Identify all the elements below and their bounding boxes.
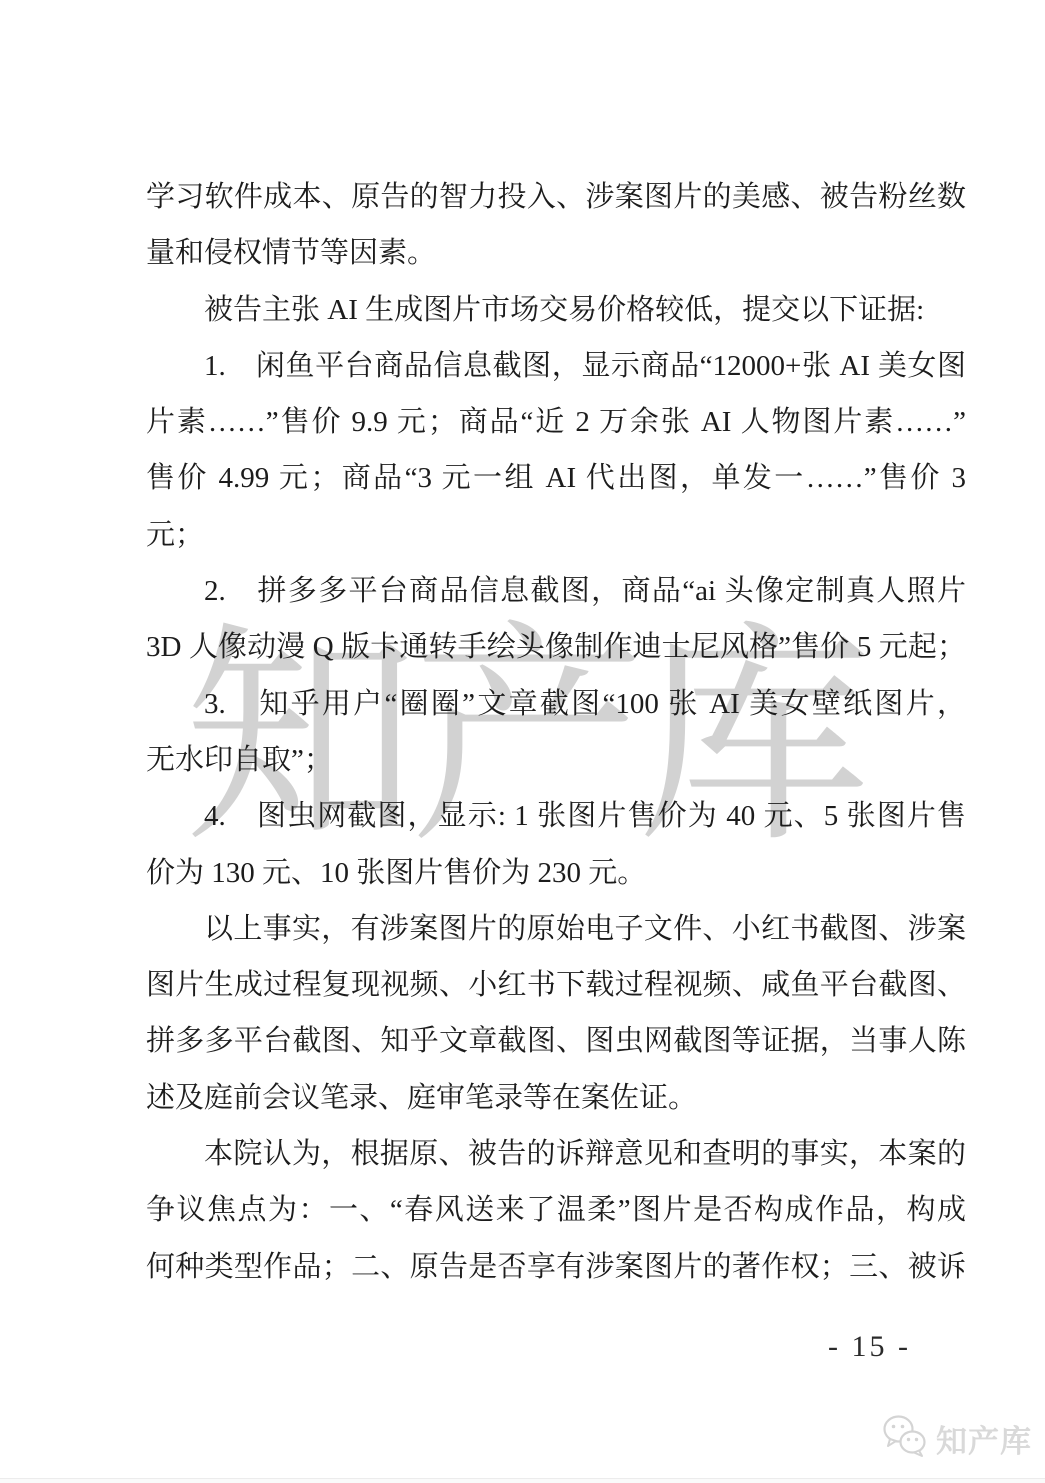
page-number: - 15 -	[828, 1330, 911, 1364]
text-line: 2. 拼多多平台商品信息截图，商品“ai 头像定制真人照片	[146, 563, 966, 619]
text-line: 本院认为，根据原、被告的诉辩意见和查明的事实，本案的	[146, 1126, 966, 1182]
text-line: 片素……”售价 9.9 元；商品“近 2 万余张 AI 人物图片素……”	[146, 394, 966, 450]
text-line: 被告主张 AI 生成图片市场交易价格较低，提交以下证据:	[146, 282, 966, 338]
text-line: 售价 4.99 元；商品“3 元一组 AI 代出图，单发一……”售价 3	[146, 450, 966, 506]
text-line: 学习软件成本、原告的智力投入、涉案图片的美感、被告粉丝数	[146, 169, 966, 225]
text-line: 1. 闲鱼平台商品信息截图，显示商品“12000+张 AI 美女图	[146, 338, 966, 394]
text-line: 3. 知乎用户“圈圈”文章截图“100 张 AI 美女壁纸图片，	[146, 676, 966, 732]
text-line: 以上事实，有涉案图片的原始电子文件、小红书截图、涉案	[146, 901, 966, 957]
text-line: 3D 人像动漫 Q 版卡通转手绘头像制作迪士尼风格”售价 5 元起；	[146, 619, 966, 675]
text-block: 学习软件成本、原告的智力投入、涉案图片的美感、被告粉丝数量和侵权情节等因素。被告…	[146, 169, 966, 1295]
text-line: 何种类型作品；二、原告是否享有涉案图片的著作权；三、被诉	[146, 1239, 966, 1295]
court-document-page: 知产库 学习软件成本、原告的智力投入、涉案图片的美感、被告粉丝数量和侵权情节等因…	[0, 0, 1045, 1483]
text-line: 述及庭前会议笔录、庭审笔录等在案佐证。	[146, 1070, 966, 1126]
text-line: 图片生成过程复现视频、小红书下载过程视频、咸鱼平台截图、	[146, 957, 966, 1013]
bottom-edge-strip	[0, 1478, 1045, 1483]
text-line: 元；	[146, 507, 966, 563]
text-line: 拼多多平台截图、知乎文章截图、图虫网截图等证据，当事人陈	[146, 1013, 966, 1069]
text-line: 争议焦点为：一、“春风送来了温柔”图片是否构成作品，构成	[146, 1182, 966, 1238]
text-line: 无水印自取”；	[146, 732, 966, 788]
text-line: 量和侵权情节等因素。	[146, 225, 966, 281]
footer-brand-label: 知产库	[936, 1416, 1032, 1461]
text-line: 价为 130 元、10 张图片售价为 230 元。	[146, 845, 966, 901]
chat-bubbles-icon	[882, 1414, 928, 1463]
footer-brand: 知产库	[882, 1414, 1032, 1463]
text-line: 4. 图虫网截图，显示: 1 张图片售价为 40 元、5 张图片售	[146, 788, 966, 844]
